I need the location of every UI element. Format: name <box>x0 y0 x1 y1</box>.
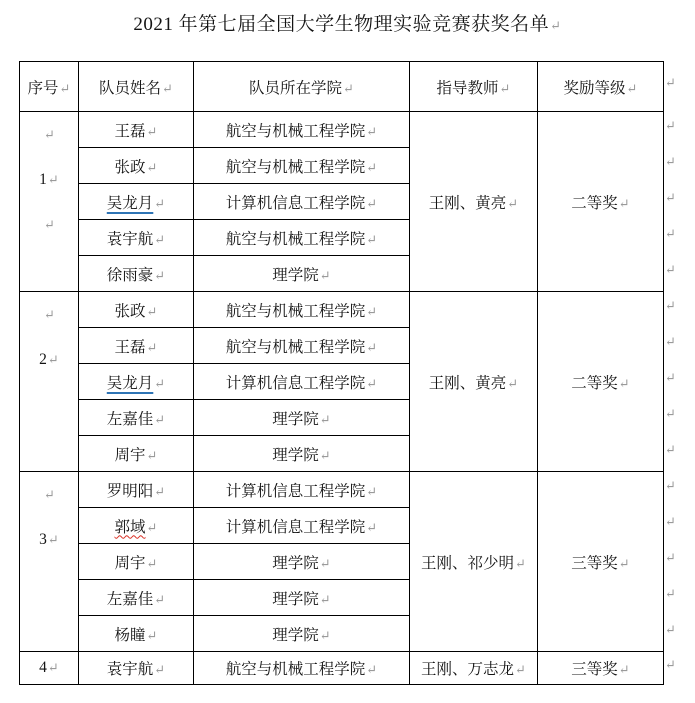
cell-end-mark: ↵ <box>366 340 377 355</box>
member-college-cell: 航空与机械工程学院↵ <box>194 112 410 148</box>
cell-end-mark: ↵ <box>154 376 165 391</box>
cell-end-mark: ↵ <box>147 628 158 643</box>
member-name: 王磊 <box>115 339 146 356</box>
member-college-cell: 航空与机械工程学院↵ <box>194 148 410 184</box>
group-advisor-cell: 王刚、万志龙↵ <box>410 652 538 685</box>
table-row: ↵ 1↵ ↵ 王磊↵ 航空与机械工程学院↵ 王刚、黄亮↵ 二等奖↵ <box>20 112 664 148</box>
member-name-cell: 袁宇航↵ <box>79 220 194 256</box>
row-end-mark: ↵ <box>665 549 676 567</box>
group-award-cell: 二等奖↵ <box>538 112 664 292</box>
member-name-cell: 王磊↵ <box>79 328 194 364</box>
cell-end-mark: ↵ <box>366 232 377 247</box>
cell-end-mark: ↵ <box>619 376 630 391</box>
cell-end-mark: ↵ <box>154 484 165 499</box>
member-college-cell: 理学院↵ <box>194 544 410 580</box>
member-college-cell: 计算机信息工程学院↵ <box>194 184 410 220</box>
paragraph-mark: ↵ <box>48 352 59 367</box>
cell-end-mark: ↵ <box>147 520 158 535</box>
member-college-cell: 理学院↵ <box>194 400 410 436</box>
member-name: 袁宇航 <box>107 231 154 248</box>
cell-end-mark: ↵ <box>147 340 158 355</box>
member-name: 吴龙月 <box>107 375 154 392</box>
serial-number-cell: 4↵ <box>20 652 79 685</box>
member-college-cell: 航空与机械工程学院↵ <box>194 652 410 685</box>
empty-paragraph: ↵ <box>20 202 78 247</box>
group-award-cell: 三等奖↵ <box>538 652 664 685</box>
row-end-mark: ↵ <box>665 189 676 207</box>
serial-number: 4 <box>39 659 47 676</box>
cell-end-mark: ↵ <box>147 448 158 463</box>
award-table: 序号↵ 队员姓名↵ 队员所在学院↵ 指导教师↵ 奖励等级↵ ↵ 1↵ ↵ 王磊↵… <box>19 61 664 685</box>
cell-end-mark: ↵ <box>154 412 165 427</box>
paragraph-mark: ↵ <box>44 127 55 142</box>
member-college-cell: 计算机信息工程学院↵ <box>194 364 410 400</box>
cell-end-mark: ↵ <box>515 556 526 571</box>
member-college: 计算机信息工程学院 <box>226 375 366 392</box>
member-name-cell: 袁宇航↵ <box>79 652 194 685</box>
group-award: 三等奖 <box>571 555 618 572</box>
paragraph-mark: ↵ <box>550 18 561 33</box>
member-name: 周宇 <box>115 447 146 464</box>
cell-end-mark: ↵ <box>366 484 377 499</box>
member-college: 航空与机械工程学院 <box>226 339 366 356</box>
group-advisor-cell: 王刚、黄亮↵ <box>410 292 538 472</box>
cell-end-mark: ↵ <box>320 592 331 607</box>
member-college-cell: 理学院↵ <box>194 616 410 652</box>
cell-end-mark: ↵ <box>343 81 354 96</box>
row-end-mark: ↵ <box>665 333 676 351</box>
member-college: 计算机信息工程学院 <box>226 195 366 212</box>
cell-end-mark: ↵ <box>162 81 173 96</box>
serial-number: 2↵ <box>20 337 78 382</box>
member-college: 理学院 <box>272 411 319 428</box>
paragraph-mark: ↵ <box>44 487 55 502</box>
member-college: 航空与机械工程学院 <box>226 231 366 248</box>
member-name-cell: 郭域↵ <box>79 508 194 544</box>
cell-end-mark: ↵ <box>619 556 630 571</box>
cell-end-mark: ↵ <box>154 592 165 607</box>
member-college-cell: 航空与机械工程学院↵ <box>194 328 410 364</box>
row-end-mark: ↵ <box>665 74 676 92</box>
page-title-text: 2021 年第七届全国大学生物理实验竞赛获奖名单 <box>133 14 549 35</box>
row-end-mark: ↵ <box>665 513 676 531</box>
col-header-name: 队员姓名↵ <box>79 62 194 112</box>
member-name-cell: 王磊↵ <box>79 112 194 148</box>
member-college-cell: 理学院↵ <box>194 256 410 292</box>
row-end-mark: ↵ <box>665 117 676 135</box>
cell-end-mark: ↵ <box>60 81 71 96</box>
cell-end-mark: ↵ <box>507 376 518 391</box>
member-name-cell: 周宇↵ <box>79 436 194 472</box>
member-name-cell: 杨瞳↵ <box>79 616 194 652</box>
table-row: 4↵ 袁宇航↵ 航空与机械工程学院↵ 王刚、万志龙↵ 三等奖↵ <box>20 652 664 685</box>
cell-end-mark: ↵ <box>154 662 165 677</box>
member-name-cell: 吴龙月↵ <box>79 364 194 400</box>
row-end-mark: ↵ <box>665 441 676 459</box>
cell-end-mark: ↵ <box>619 196 630 211</box>
member-name-cell: 左嘉佳↵ <box>79 580 194 616</box>
group-award: 三等奖 <box>571 661 618 678</box>
empty-paragraph: ↵ <box>20 112 78 157</box>
member-college: 航空与机械工程学院 <box>226 123 366 140</box>
member-college-cell: 计算机信息工程学院↵ <box>194 472 410 508</box>
group-award: 二等奖 <box>571 375 618 392</box>
row-end-mark: ↵ <box>665 585 676 603</box>
cell-end-mark: ↵ <box>507 196 518 211</box>
row-end-mark: ↵ <box>665 369 676 387</box>
group-advisor: 王刚、黄亮 <box>429 195 507 212</box>
cell-end-mark: ↵ <box>320 268 331 283</box>
member-name-cell: 罗明阳↵ <box>79 472 194 508</box>
member-name-cell: 张政↵ <box>79 292 194 328</box>
row-end-mark: ↵ <box>665 656 676 674</box>
table-row: ↵ 2↵ 张政↵ 航空与机械工程学院↵ 王刚、黄亮↵ 二等奖↵ <box>20 292 664 328</box>
serial-number-cell: ↵ 2↵ <box>20 292 79 472</box>
member-college: 航空与机械工程学院 <box>226 303 366 320</box>
cell-end-mark: ↵ <box>366 304 377 319</box>
member-name: 张政 <box>115 303 146 320</box>
member-name-cell: 周宇↵ <box>79 544 194 580</box>
member-name: 杨瞳 <box>115 627 146 644</box>
col-header-award: 奖励等级↵ <box>538 62 664 112</box>
member-name: 左嘉佳 <box>107 411 154 428</box>
member-college-cell: 计算机信息工程学院↵ <box>194 508 410 544</box>
empty-paragraph: ↵ <box>20 472 78 517</box>
page-title: 2021 年第七届全国大学生物理实验竞赛获奖名单↵ <box>0 9 695 36</box>
cell-end-mark: ↵ <box>154 196 165 211</box>
member-college: 计算机信息工程学院 <box>226 483 366 500</box>
member-name-cell: 左嘉佳↵ <box>79 400 194 436</box>
cell-end-mark: ↵ <box>320 412 331 427</box>
row-end-mark: ↵ <box>665 405 676 423</box>
member-college: 计算机信息工程学院 <box>226 519 366 536</box>
cell-end-mark: ↵ <box>320 448 331 463</box>
group-advisor-cell: 王刚、祁少明↵ <box>410 472 538 652</box>
serial-number-cell: ↵ 3↵ <box>20 472 79 652</box>
empty-paragraph: ↵ <box>20 292 78 337</box>
cell-end-mark: ↵ <box>366 662 377 677</box>
member-name: 张政 <box>115 159 146 176</box>
col-header-advisor: 指导教师↵ <box>410 62 538 112</box>
cell-end-mark: ↵ <box>147 124 158 139</box>
cell-end-mark: ↵ <box>366 124 377 139</box>
cell-end-mark: ↵ <box>515 662 526 677</box>
cell-end-mark: ↵ <box>366 160 377 175</box>
col-header-no: 序号↵ <box>20 62 79 112</box>
cell-end-mark: ↵ <box>147 556 158 571</box>
group-award-cell: 三等奖↵ <box>538 472 664 652</box>
paragraph-mark: ↵ <box>44 217 55 232</box>
cell-end-mark: ↵ <box>500 81 511 96</box>
member-college-cell: 航空与机械工程学院↵ <box>194 220 410 256</box>
paragraph-mark: ↵ <box>48 660 59 675</box>
member-college: 航空与机械工程学院 <box>226 661 366 678</box>
group-advisor-cell: 王刚、黄亮↵ <box>410 112 538 292</box>
cell-end-mark: ↵ <box>627 81 638 96</box>
cell-end-mark: ↵ <box>154 268 165 283</box>
member-name: 徐雨豪 <box>107 267 154 284</box>
cell-end-mark: ↵ <box>154 232 165 247</box>
row-end-mark: ↵ <box>665 225 676 243</box>
serial-number: 3↵ <box>20 517 78 562</box>
member-name-cell: 吴龙月↵ <box>79 184 194 220</box>
row-end-mark: ↵ <box>665 477 676 495</box>
cell-end-mark: ↵ <box>366 196 377 211</box>
member-name: 郭域 <box>115 519 146 536</box>
serial-number: 1↵ <box>20 157 78 202</box>
cell-end-mark: ↵ <box>147 304 158 319</box>
member-name: 袁宇航 <box>107 661 154 678</box>
group-advisor: 王刚、黄亮 <box>429 375 507 392</box>
paragraph-mark: ↵ <box>44 307 55 322</box>
cell-end-mark: ↵ <box>320 556 331 571</box>
member-college: 理学院 <box>272 267 319 284</box>
cell-end-mark: ↵ <box>366 376 377 391</box>
group-advisor: 王刚、祁少明 <box>421 555 514 572</box>
cell-end-mark: ↵ <box>366 520 377 535</box>
member-college: 理学院 <box>272 591 319 608</box>
group-award: 二等奖 <box>571 195 618 212</box>
member-college: 理学院 <box>272 555 319 572</box>
member-name-cell: 徐雨豪↵ <box>79 256 194 292</box>
row-end-mark: ↵ <box>665 297 676 315</box>
row-end-mark: ↵ <box>665 153 676 171</box>
col-header-college: 队员所在学院↵ <box>194 62 410 112</box>
member-college-cell: 理学院↵ <box>194 436 410 472</box>
row-end-mark: ↵ <box>665 261 676 279</box>
member-college-cell: 理学院↵ <box>194 580 410 616</box>
member-name-cell: 张政↵ <box>79 148 194 184</box>
member-name: 王磊 <box>115 123 146 140</box>
paragraph-mark: ↵ <box>48 172 59 187</box>
member-name: 周宇 <box>115 555 146 572</box>
group-advisor: 王刚、万志龙 <box>421 661 514 678</box>
paragraph-mark: ↵ <box>48 532 59 547</box>
cell-end-mark: ↵ <box>147 160 158 175</box>
cell-end-mark: ↵ <box>619 662 630 677</box>
group-award-cell: 二等奖↵ <box>538 292 664 472</box>
member-name: 左嘉佳 <box>107 591 154 608</box>
member-college-cell: 航空与机械工程学院↵ <box>194 292 410 328</box>
member-name: 吴龙月 <box>107 195 154 212</box>
member-college: 航空与机械工程学院 <box>226 159 366 176</box>
serial-number-cell: ↵ 1↵ ↵ <box>20 112 79 292</box>
table-row: ↵ 3↵ 罗明阳↵ 计算机信息工程学院↵ 王刚、祁少明↵ 三等奖↵ <box>20 472 664 508</box>
table-header-row: 序号↵ 队员姓名↵ 队员所在学院↵ 指导教师↵ 奖励等级↵ <box>20 62 664 112</box>
member-name: 罗明阳 <box>107 483 154 500</box>
member-college: 理学院 <box>272 447 319 464</box>
cell-end-mark: ↵ <box>320 628 331 643</box>
member-college: 理学院 <box>272 627 319 644</box>
row-end-mark: ↵ <box>665 621 676 639</box>
